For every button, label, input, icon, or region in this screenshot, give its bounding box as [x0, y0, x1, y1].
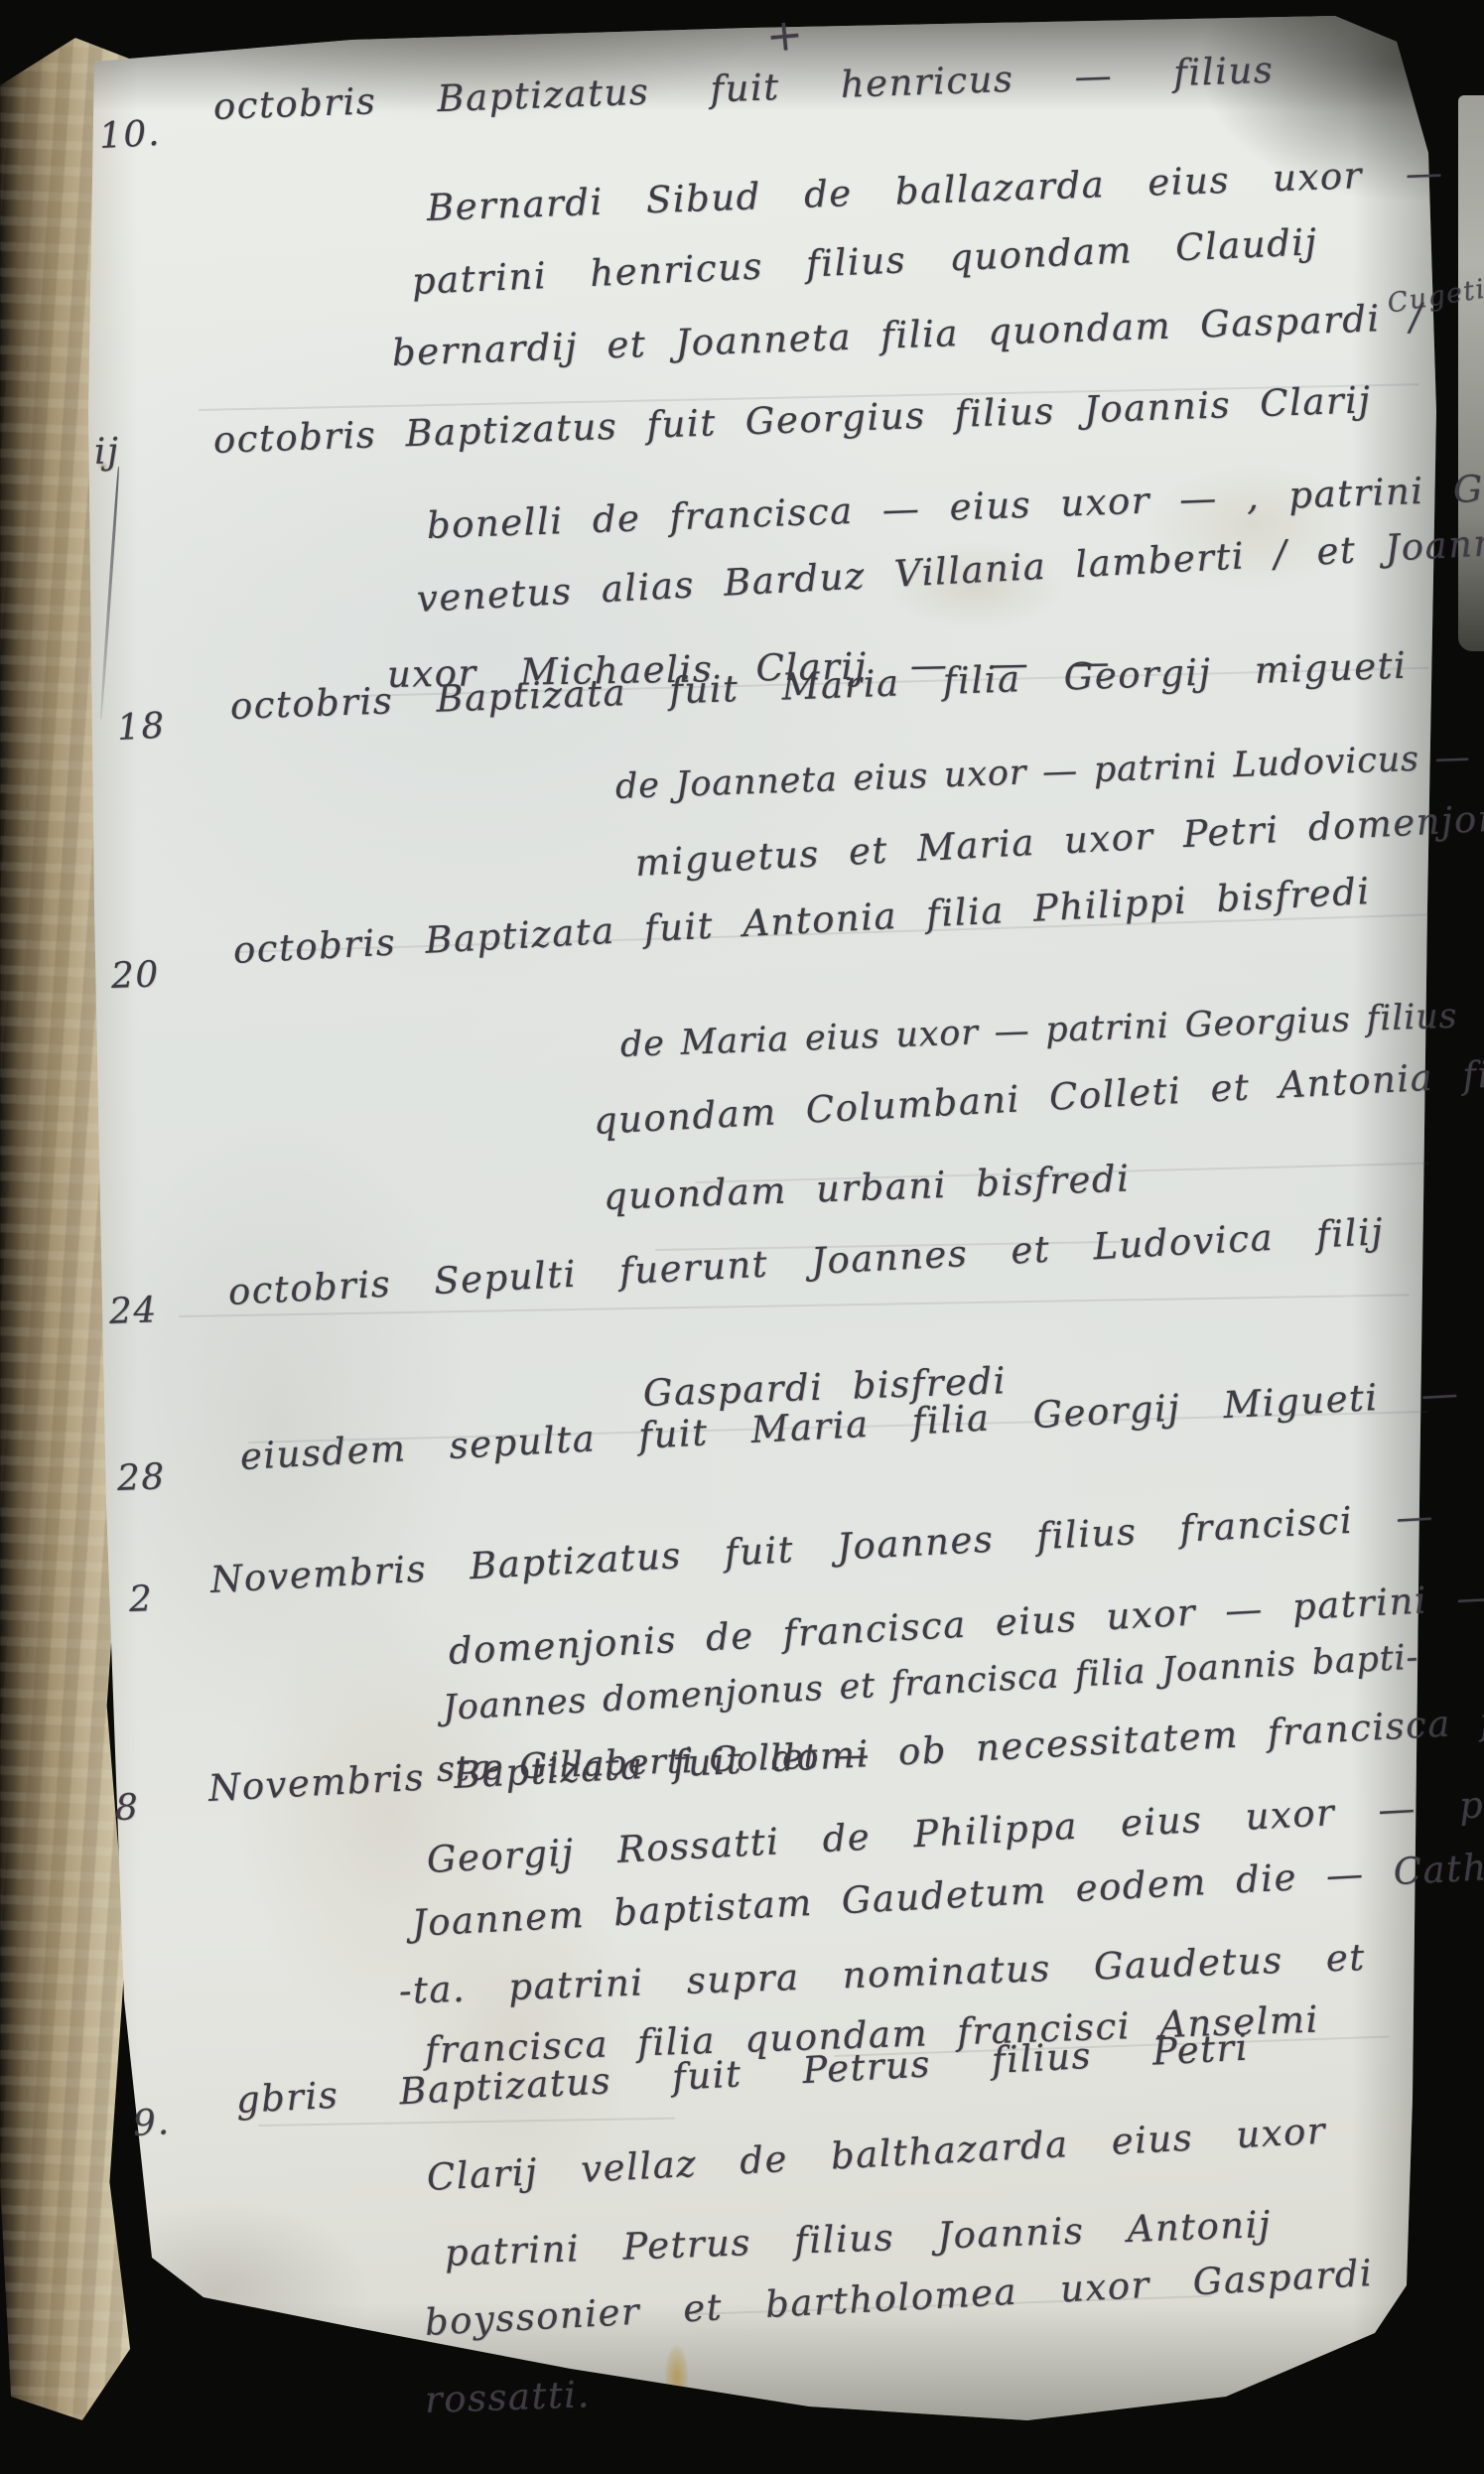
entry-line: de Maria eius uxor — patrini Georgius fi… [619, 998, 1458, 1065]
entry-line: quondam urbani bisfredi [603, 1159, 1131, 1217]
handwriting-layer: + 10. octobris Baptizatus fuit henricus … [0, 0, 1484, 2474]
entry-date: 8 [114, 1788, 140, 1828]
entry-date: 2 [128, 1580, 154, 1619]
entry-line: Novembris Baptizatus fuit Joannes filius… [209, 1496, 1435, 1600]
entry-date: ij [93, 432, 120, 472]
entry-line: Bernardi Sibud de ballazarda eius uxor — [426, 153, 1444, 228]
entry-line: octobris Baptizata fuit Antonia filia Ph… [232, 872, 1372, 972]
entry-line: bernardij et Joanneta filia quondam Gasp… [391, 298, 1423, 374]
margin-note: Cugeti [1386, 275, 1484, 320]
entry-date: 10. [98, 114, 162, 157]
entry-line: patrini henricus filius quondam Claudij [411, 222, 1318, 302]
entry-line: quondam Columbani Colleti et Antonia fil… [593, 1052, 1484, 1143]
entry-date: 20 [110, 955, 160, 996]
ink-flourish [99, 467, 120, 720]
photo-background: + 10. octobris Baptizatus fuit henricus … [0, 0, 1484, 2474]
entry-line: octobris Sepulti fuerunt Joannes et Ludo… [227, 1212, 1385, 1313]
entry-date: 9. [132, 2103, 171, 2143]
entry-date: 24 [108, 1291, 158, 1331]
entry-line: Clarij vellaz de balthazarda eius uxor [426, 2112, 1327, 2199]
entry-date: 28 [116, 1457, 166, 1498]
cross-mark: + [764, 11, 806, 63]
entry-line: de Joanneta eius uxor — patrini Ludovicu… [614, 739, 1471, 807]
entry-line: octobris Baptizatus fuit henricus — fili… [212, 51, 1275, 128]
entry-line: octobris Baptizatus fuit Georgius filius… [212, 380, 1372, 461]
entry-line: rossatti. [424, 2375, 591, 2420]
entry-date: 18 [116, 706, 167, 748]
